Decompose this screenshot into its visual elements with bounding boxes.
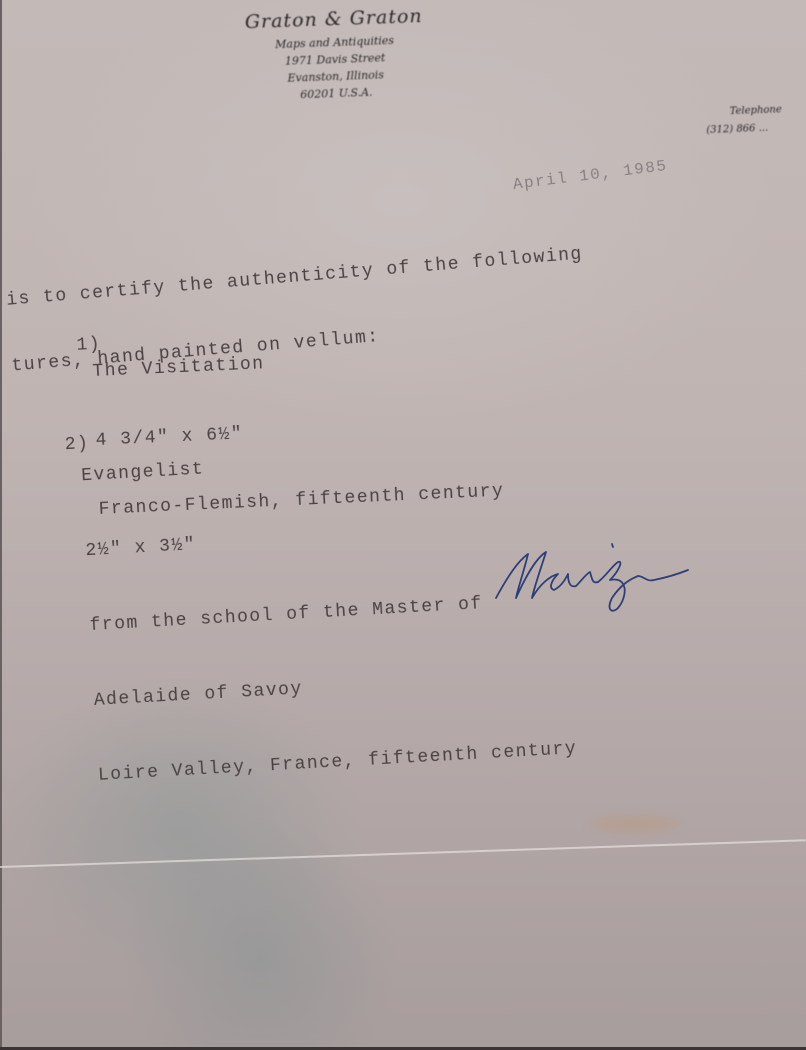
list-item: 2) Evangelist 2½" x 3½" from the school …	[14, 415, 68, 498]
paper-fold-crease	[0, 839, 806, 868]
item-detail: Adelaide of Savoy	[93, 662, 573, 714]
item-title: Evangelist	[81, 438, 561, 490]
photo-left-edge	[0, 0, 2, 1050]
letterhead: Graton & Graton Maps and Antiquities 197…	[203, 3, 466, 106]
letterhead-telephone: Telephone (312) 866 ...	[705, 100, 806, 140]
telephone-number: (312) 866 ...	[706, 118, 806, 140]
letter-paper: Graton & Graton Maps and Antiquities 197…	[0, 0, 806, 1050]
list-item: 1) The Visitation 4 3/4" x 6½" Franco-Fl…	[26, 316, 79, 398]
intro-line-1: is to certify the authenticity of the fo…	[6, 243, 584, 311]
paper-stain	[590, 815, 680, 833]
item-title: The Visitation	[92, 343, 499, 384]
signature	[488, 536, 698, 616]
item-detail: Loire Valley, France, fifteenth century	[97, 737, 577, 789]
letter-date: April 10, 1985	[512, 157, 668, 194]
